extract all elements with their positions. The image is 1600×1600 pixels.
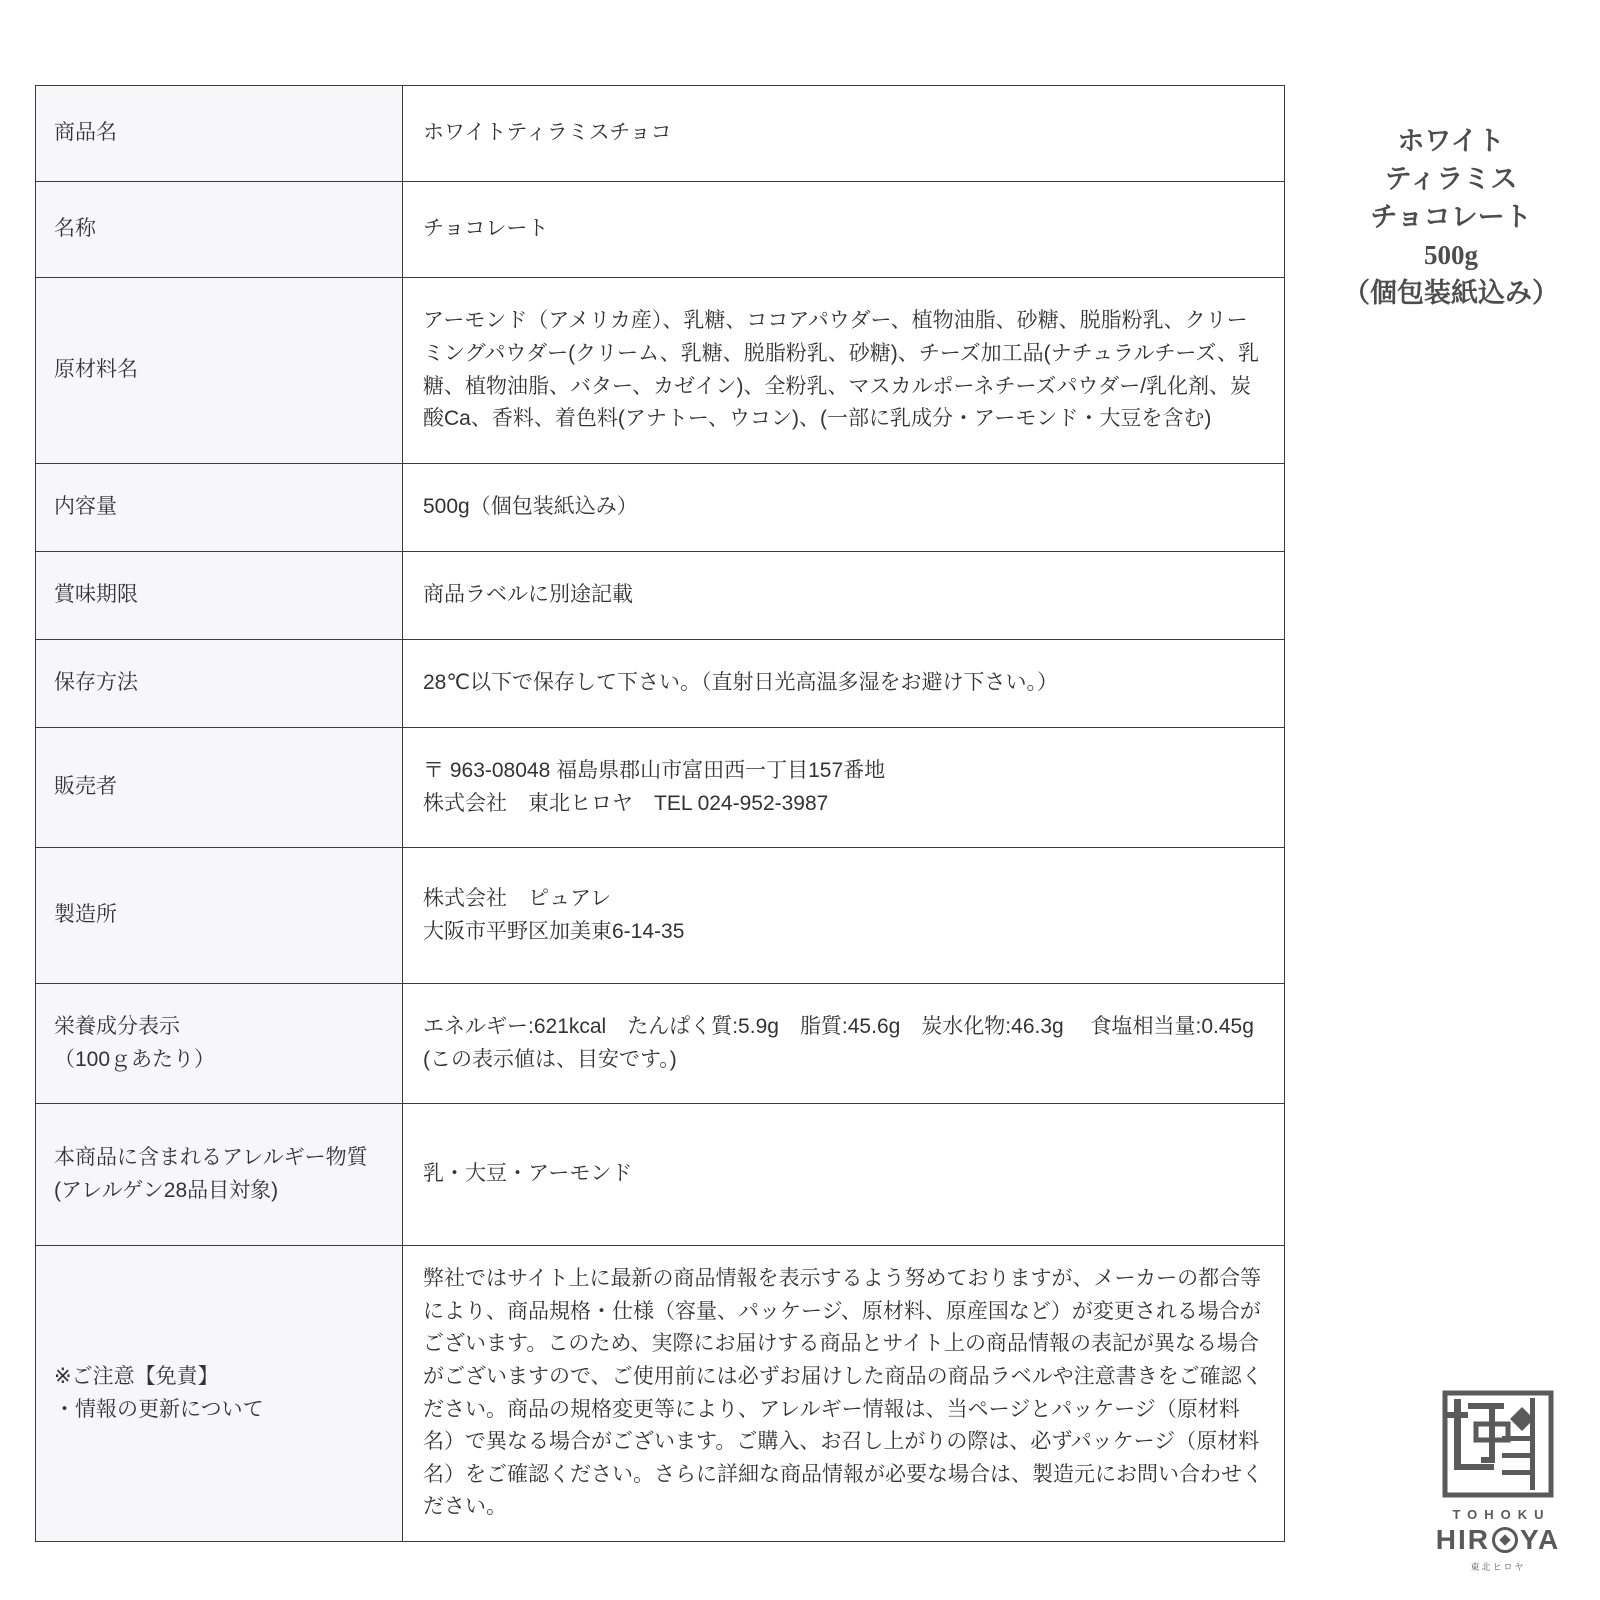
table-row-product-name: 商品名 ホワイトティラミスチョコ (36, 86, 1285, 182)
row-label: 商品名 (36, 86, 403, 182)
row-label: 販売者 (36, 728, 403, 848)
brand-logo: TOHOKU HIR YA 東北ヒロヤ (1412, 1390, 1584, 1573)
row-label: 原材料名 (36, 278, 403, 464)
table-row-seller: 販売者 〒 963-08048 福島県郡山市富田西一丁目157番地 株式会社 東… (36, 728, 1285, 848)
product-title-line: チョコレート (1320, 198, 1582, 236)
row-value: 500g（個包装紙込み） (403, 464, 1285, 552)
table-row-net-content: 内容量 500g（個包装紙込み） (36, 464, 1285, 552)
row-value: 商品ラベルに別途記載 (403, 552, 1285, 640)
table-row-ingredients: 原材料名 アーモンド（アメリカ産）、乳糖、ココアパウダー、植物油脂、砂糖、脱脂粉… (36, 278, 1285, 464)
product-title-block: ホワイト ティラミス チョコレート 500g （個包装紙込み） (1320, 122, 1582, 312)
row-value: 株式会社 ピュアレ 大阪市平野区加美東6-14-35 (403, 848, 1285, 984)
brand-hiroya-text: HIR YA (1412, 1524, 1584, 1556)
hiroya-o-diamond-icon (1492, 1527, 1518, 1553)
table-row-best-before: 賞味期限 商品ラベルに別途記載 (36, 552, 1285, 640)
product-title-line: ティラミス (1320, 160, 1582, 198)
row-label: 製造所 (36, 848, 403, 984)
table-row-nutrition: 栄養成分表示 （100ｇあたり） エネルギー:621kcal たんぱく質:5.9… (36, 984, 1285, 1104)
row-value: 28℃以下で保存して下さい。（直射日光高温多湿をお避け下さい。） (403, 640, 1285, 728)
product-spec-table: 商品名 ホワイトティラミスチョコ 名称 チョコレート 原材料名 アーモンド（アメ… (35, 85, 1285, 1542)
row-value: 乳・大豆・アーモンド (403, 1104, 1285, 1246)
row-label: ※ご注意【免責】 ・情報の更新について (36, 1246, 403, 1542)
table-row-disclaimer: ※ご注意【免責】 ・情報の更新について 弊社ではサイト上に最新の商品情報を表示す… (36, 1246, 1285, 1542)
product-title-line: 500g (1320, 236, 1582, 274)
product-title-line: ホワイト (1320, 122, 1582, 160)
row-value: アーモンド（アメリカ産）、乳糖、ココアパウダー、植物油脂、砂糖、脱脂粉乳、クリー… (403, 278, 1285, 464)
brand-tohoku-text: TOHOKU (1412, 1507, 1584, 1522)
row-label: 栄養成分表示 （100ｇあたり） (36, 984, 403, 1104)
product-title-line: （個包装紙込み） (1320, 274, 1582, 312)
table-row-manufacturer: 製造所 株式会社 ピュアレ 大阪市平野区加美東6-14-35 (36, 848, 1285, 984)
row-value: ホワイトティラミスチョコ (403, 86, 1285, 182)
hiroya-kanji-seal-icon (1442, 1390, 1554, 1498)
row-label: 保存方法 (36, 640, 403, 728)
row-label: 内容量 (36, 464, 403, 552)
product-spec-page: 商品名 ホワイトティラミスチョコ 名称 チョコレート 原材料名 アーモンド（アメ… (0, 0, 1600, 1600)
row-label: 本商品に含まれるアレルギー物質 (アレルゲン28品目対象) (36, 1104, 403, 1246)
row-value: チョコレート (403, 182, 1285, 278)
brand-small-text: 東北ヒロヤ (1412, 1560, 1584, 1573)
row-value: 〒 963-08048 福島県郡山市富田西一丁目157番地 株式会社 東北ヒロヤ… (403, 728, 1285, 848)
table-row-allergens: 本商品に含まれるアレルギー物質 (アレルゲン28品目対象) 乳・大豆・アーモンド (36, 1104, 1285, 1246)
brand-hiroya-left: HIR (1436, 1524, 1490, 1556)
row-value: 弊社ではサイト上に最新の商品情報を表示するよう努めておりますが、メーカーの都合等… (403, 1246, 1285, 1542)
table-row-category: 名称 チョコレート (36, 182, 1285, 278)
row-label: 賞味期限 (36, 552, 403, 640)
table-row-storage: 保存方法 28℃以下で保存して下さい。（直射日光高温多湿をお避け下さい。） (36, 640, 1285, 728)
row-label: 名称 (36, 182, 403, 278)
brand-hiroya-right: YA (1520, 1524, 1560, 1556)
row-value: エネルギー:621kcal たんぱく質:5.9g 脂質:45.6g 炭水化物:4… (403, 984, 1285, 1104)
